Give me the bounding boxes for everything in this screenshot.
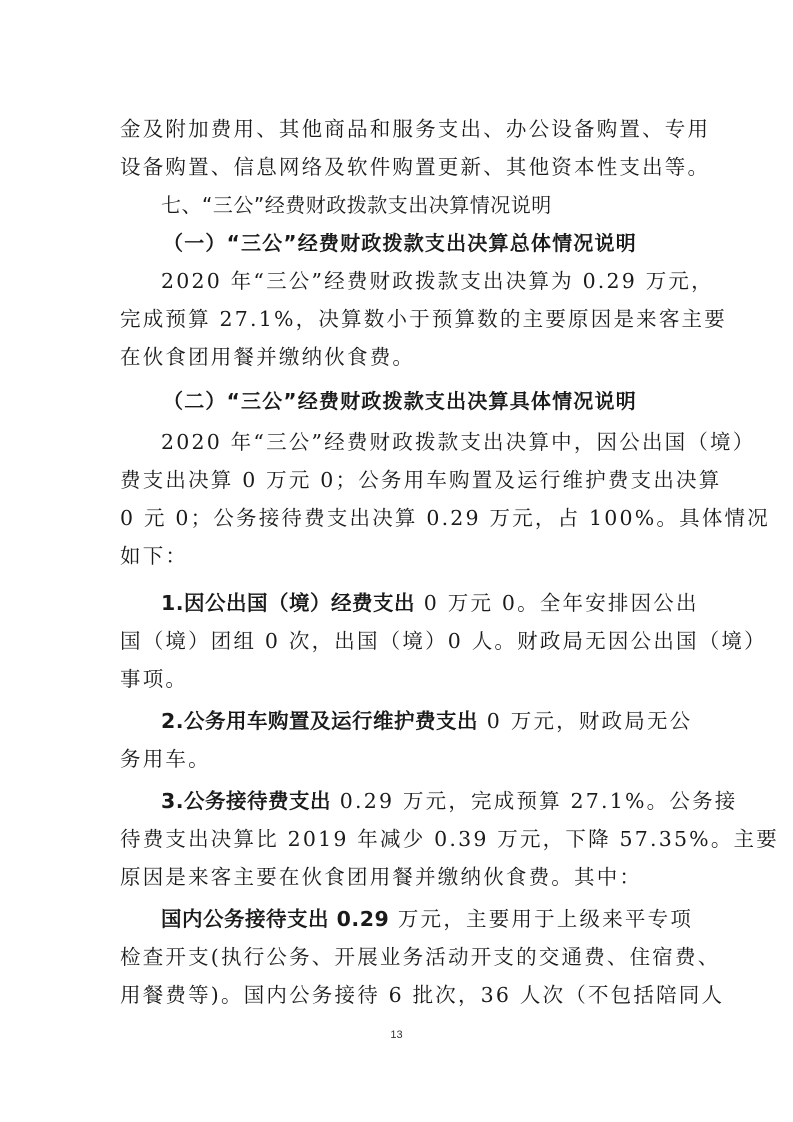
body-text-line: 待费支出决算比 2019 年减少 0.39 万元，下降 57.35%。主要 — [120, 826, 673, 852]
body-text-line: 如下： — [120, 543, 673, 569]
item-paragraph-line: 3.公务接待费支出 0.29 万元，完成预算 27.1%。公务接 — [161, 788, 673, 814]
item-text: 万元，主要用于上级来平专项 — [389, 907, 693, 931]
item-text: 0.29 万元，完成预算 27.1%。公务接 — [331, 789, 737, 813]
item-text: 0 万元 0。全年安排因公出 — [415, 591, 699, 615]
body-text-line: 0 元 0；公务接待费支出决算 0.29 万元，占 100%。具体情况 — [120, 505, 673, 531]
item-paragraph-line: 1.因公出国（境）经费支出 0 万元 0。全年安排因公出 — [161, 590, 673, 616]
body-text-line: 设备购置、信息网络及软件购置更新、其他资本性支出等。 — [120, 154, 673, 180]
body-text-line: 国（境）团组 0 次，出国（境）0 人。财政局无因公出国（境） — [120, 628, 673, 654]
item-title: 2.公务用车购置及运行维护费支出 — [161, 709, 478, 733]
subsection-heading: （一）“三公”经费财政拨款支出决算总体情况说明 — [163, 230, 716, 256]
body-text-line: 2020 年“三公”经费财政拨款支出决算为 0.29 万元， — [161, 268, 673, 294]
item-paragraph-line: 2.公务用车购置及运行维护费支出 0 万元，财政局无公 — [161, 708, 673, 734]
item-text: 0 万元，财政局无公 — [478, 709, 692, 733]
body-text-line: 务用车。 — [120, 746, 673, 772]
item-paragraph-line: 国内公务接待支出 0.29 万元，主要用于上级来平专项 — [161, 906, 673, 932]
item-title: 3.公务接待费支出 — [161, 789, 331, 813]
item-title: 1.因公出国（境）经费支出 — [161, 591, 415, 615]
section-heading: 七、“三公”经费财政拨款支出决算情况说明 — [161, 192, 714, 218]
body-text-line: 在伙食团用餐并缴纳伙食费。 — [120, 344, 673, 370]
body-text-line: 用餐费等)。国内公务接待 6 批次，36 人次（不包括陪同人 — [120, 982, 673, 1008]
body-text-line: 检查开支(执行公务、开展业务活动开支的交通费、住宿费、 — [120, 944, 673, 970]
document-page: 金及附加费用、其他商品和服务支出、办公设备购置、专用 设备购置、信息网络及软件购… — [0, 0, 793, 1122]
body-text-line: 2020 年“三公”经费财政拨款支出决算中，因公出国（境） — [161, 429, 673, 455]
body-text-line: 金及附加费用、其他商品和服务支出、办公设备购置、专用 — [120, 116, 673, 142]
subsection-heading: （二）“三公”经费财政拨款支出决算具体情况说明 — [163, 388, 716, 414]
item-title: 国内公务接待支出 0.29 — [161, 907, 389, 931]
body-text-line: 完成预算 27.1%，决算数小于预算数的主要原因是来客主要 — [120, 306, 673, 332]
body-text-line: 原因是来客主要在伙食团用餐并缴纳伙食费。其中： — [120, 864, 673, 890]
page-number: 13 — [0, 1029, 793, 1041]
body-text-line: 事项。 — [120, 666, 673, 692]
body-text-line: 费支出决算 0 万元 0；公务用车购置及运行维护费支出决算 — [120, 467, 673, 493]
